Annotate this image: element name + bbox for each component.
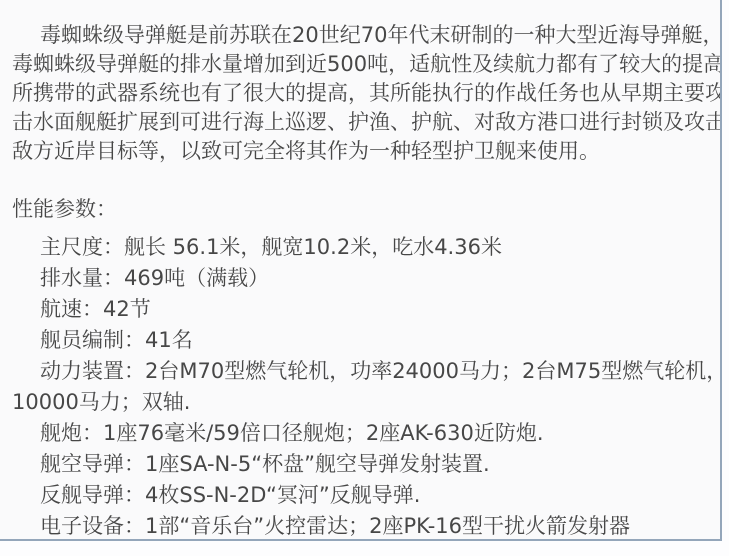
intro-line: 击水面舰艇扩展到可进行海上巡逻、护渔、护航、对敌方港口进行封锁及攻击 — [12, 108, 710, 137]
article-text: 毒蜘蛛级导弹艇是前苏联在20世纪70年代末研制的一种大型近海导弹艇， 毒蜘蛛级导… — [0, 0, 720, 541]
intro-line: 敌方近岸目标等，以致可完全将其作为一种轻型护卫舰来使用。 — [12, 137, 710, 166]
blank-line — [12, 166, 710, 195]
spec-line-speed: 航速：42节 — [12, 294, 710, 325]
intro-line: 毒蜘蛛级导弹艇是前苏联在20世纪70年代末研制的一种大型近海导弹艇， — [12, 21, 710, 50]
spec-line-ssm: 反舰导弹：4枚SS-N-2D“冥河”反舰导弹. — [12, 480, 710, 511]
intro-line: 所携带的武器系统也有了很大的提高，其所能执行的作战任务也从早期主要攻 — [12, 79, 710, 108]
spec-line-powerplant: 动力装置：2台M70型燃气轮机，功率24000马力；2台M75型燃气轮机，功率 — [12, 356, 710, 387]
spec-line-sam: 舰空导弹：1座SA-N-5“杯盘”舰空导弹发射装置. — [12, 449, 710, 480]
spec-line-dimensions: 主尺度：舰长 56.1米，舰宽10.2米，吃水4.36米 — [12, 232, 710, 263]
spec-line-electronics: 电子设备：1部“音乐台”火控雷达；2座PK-16型干扰火箭发射器 — [12, 511, 710, 541]
intro-line: 毒蜘蛛级导弹艇的排水量增加到近500吨，适航性及续航力都有了较大的提高， — [12, 50, 710, 79]
section-heading: 性能参数： — [12, 195, 710, 224]
spec-line-crew: 舰员编制：41名 — [12, 325, 710, 356]
intro-paragraph: 毒蜘蛛级导弹艇是前苏联在20世纪70年代末研制的一种大型近海导弹艇， 毒蜘蛛级导… — [12, 21, 710, 166]
page-viewport: 毒蜘蛛级导弹艇是前苏联在20世纪70年代末研制的一种大型近海导弹艇， 毒蜘蛛级导… — [0, 0, 729, 556]
spec-list: 主尺度：舰长 56.1米，舰宽10.2米，吃水4.36米 排水量：469吨（满载… — [12, 232, 710, 541]
article-panel: 毒蜘蛛级导弹艇是前苏联在20世纪70年代末研制的一种大型近海导弹艇， 毒蜘蛛级导… — [0, 0, 722, 541]
spec-line-powerplant-cont: 10000马力；双轴. — [12, 387, 710, 418]
spec-line-displacement: 排水量：469吨（满载） — [12, 263, 710, 294]
spec-line-guns: 舰炮：1座76毫米/59倍口径舰炮；2座AK-630近防炮. — [12, 418, 710, 449]
